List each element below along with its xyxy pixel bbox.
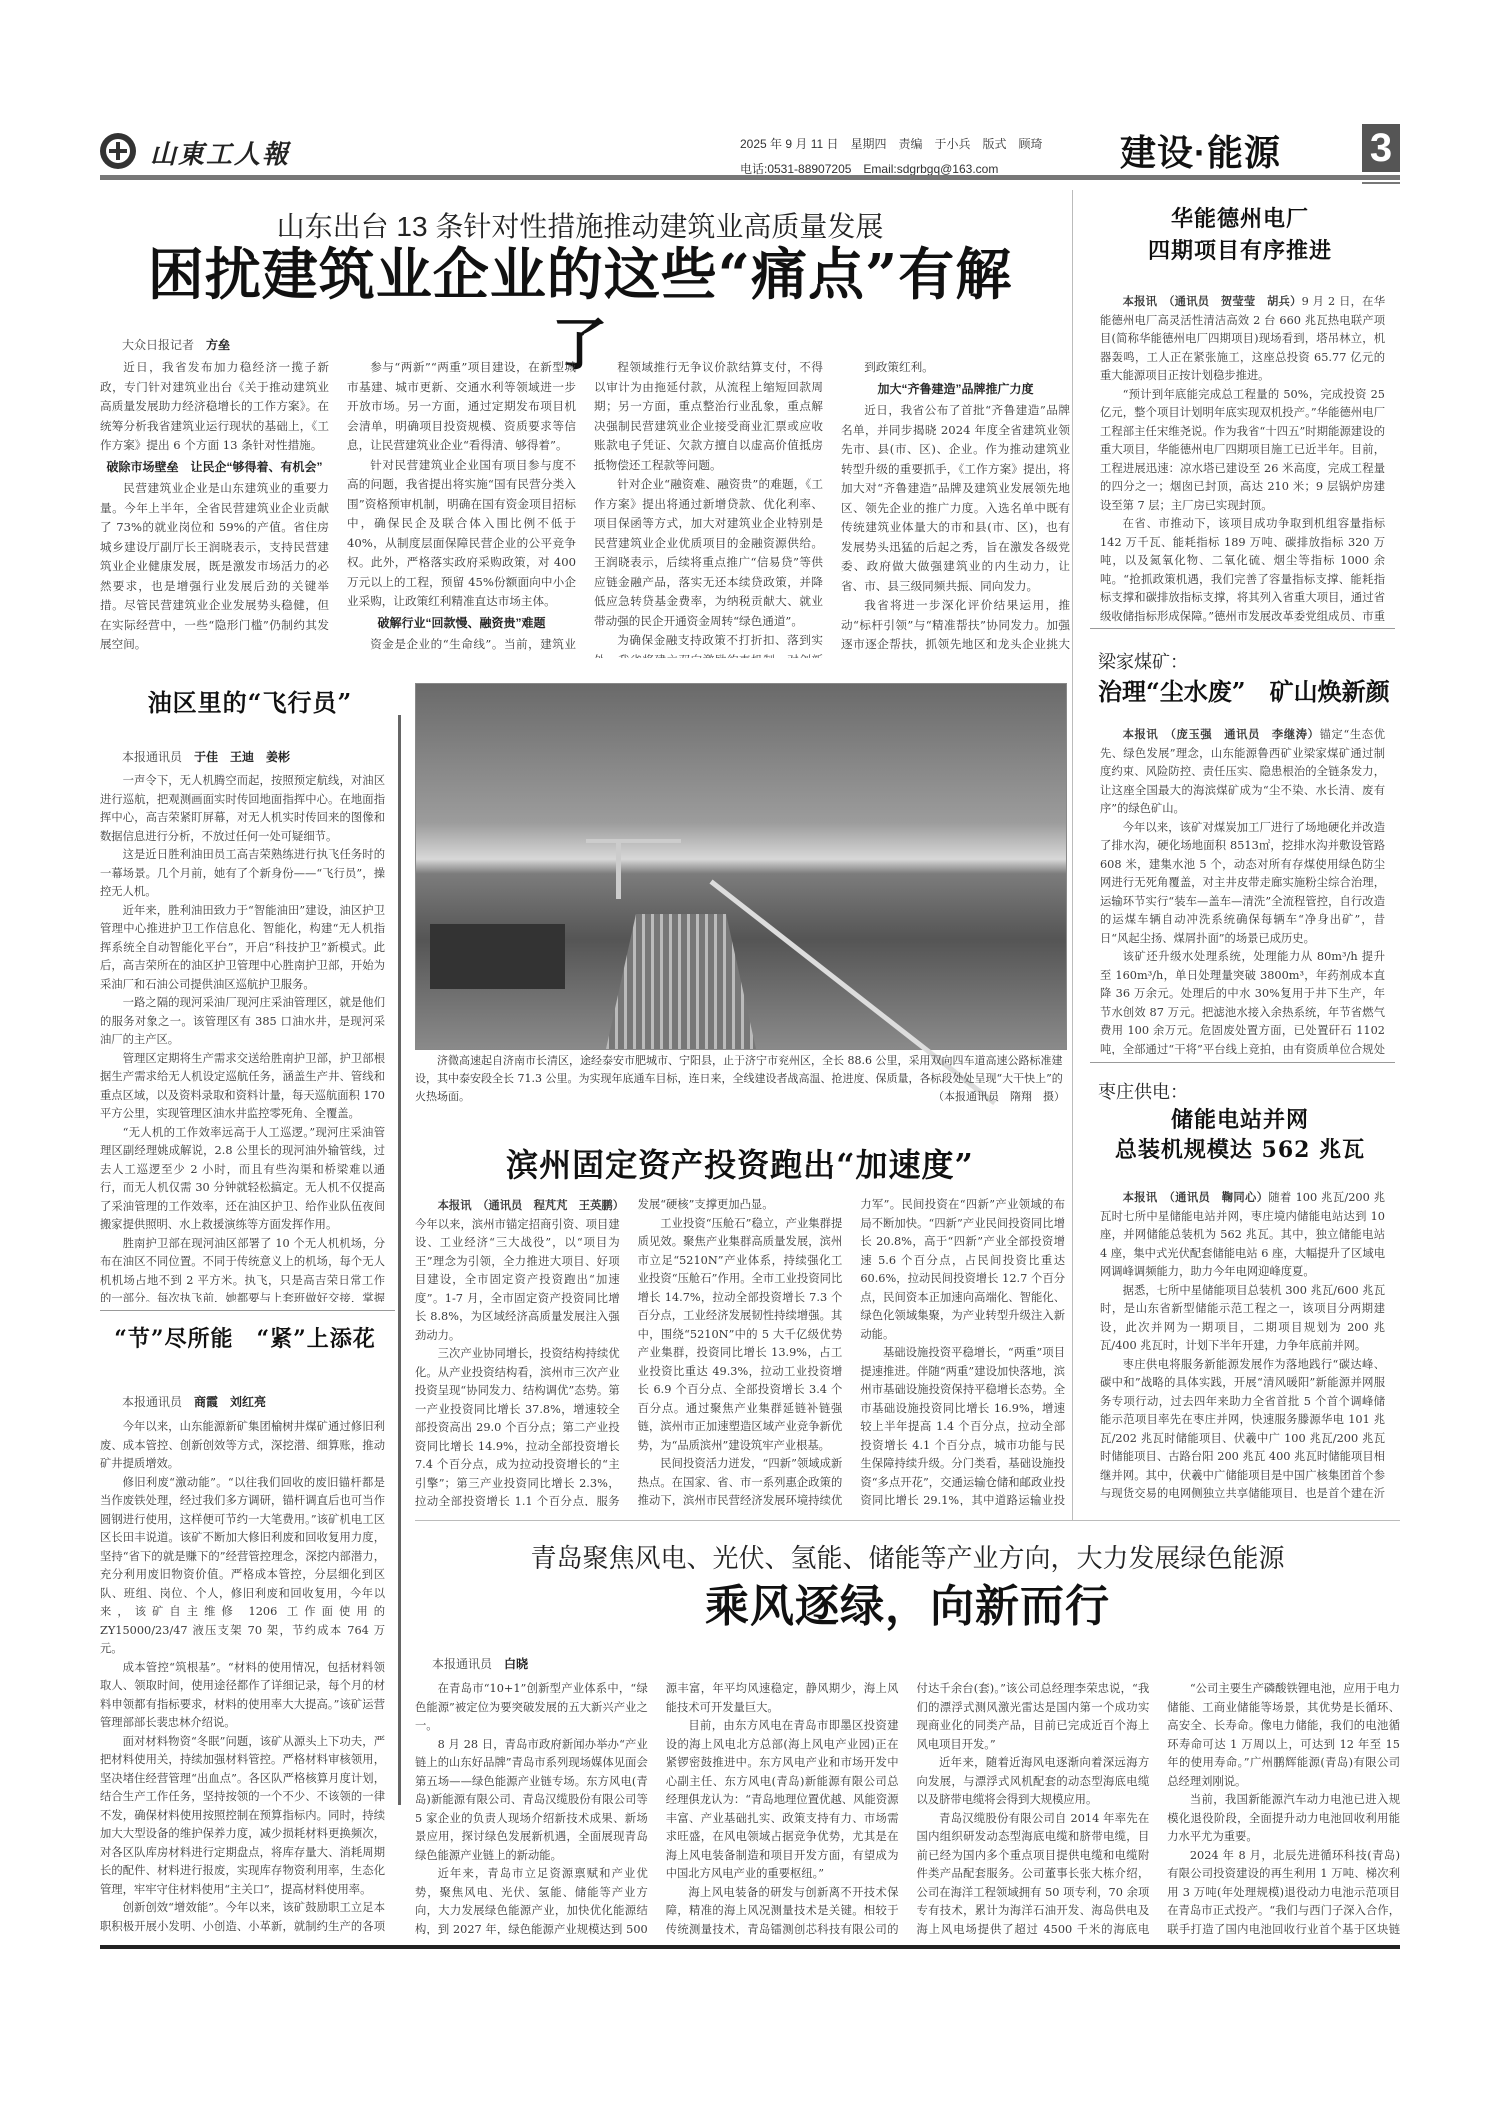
right-divider-1 xyxy=(1090,628,1395,629)
huaneng-byline: 本报讯 （通讯员 贺莹莹 胡兵） xyxy=(1123,294,1302,308)
qingdao-headline: 乘风逐绿，向新而行 xyxy=(415,1578,1400,1636)
binzhou-byline: 本报讯 （通讯员 程芃芃 王英鹏） xyxy=(438,1198,624,1212)
zaozhuang-byline: 本报讯 （通讯员 鞠同心） xyxy=(1123,1190,1269,1204)
page-bottom-rule xyxy=(100,1945,1400,1949)
newspaper-name: 山東工人報 xyxy=(150,134,290,171)
newspaper-emblem-icon xyxy=(100,133,136,169)
binzhou-col-3: 力军”。民间投资在“四新”产业领域的布局不断加快。“四新”产业民间投资同比增长 … xyxy=(860,1196,1065,1506)
right-divider-2 xyxy=(1090,1062,1395,1063)
page-number-rule xyxy=(1362,182,1400,184)
issue-info: 2025 年 9 月 11 日 星期四 责编 于小兵 版式 顾琦 xyxy=(740,135,1043,152)
lead-byline: 大众日报记者 方垒 xyxy=(122,336,230,353)
zaozhuang-headline: 储能电站并网 总装机规模达 562 兆瓦 xyxy=(1090,1105,1390,1165)
qingdao-kicker: 青岛聚焦风电、光伏、氢能、储能等产业方向，大力发展绿色能源 xyxy=(415,1538,1400,1575)
oilfield-body: 一声令下，无人机腾空而起，按照预定航线，对油区进行巡航，把观测画面实时传回地面指… xyxy=(100,772,385,1302)
lead-col-3: 程领域推行无争议价款结算支付，不得以审计为由拖延付款，从流程上缩短回款周期；另一… xyxy=(594,358,823,658)
binzhou-col-1: 本报讯 （通讯员 程芃芃 王英鹏）今年以来，滨州市锚定招商引资、项目建设、工业经… xyxy=(415,1196,620,1506)
qingdao-col-1: 在青岛市“10+1”创新型产业体系中，“绿色能源”被定位为要突破发展的五大新兴产… xyxy=(415,1680,648,1935)
lead-body: 近日，我省发布加力稳经济一揽子新政，专门针对建筑业出台《关于推动建筑业高质量发展… xyxy=(100,358,1070,658)
binzhou-col-2: 发展“硬核”支撑更加凸显。 工业投资“压舱石”稳立，产业集群提质见效。聚焦产业集… xyxy=(638,1196,843,1506)
mine-headline: “节”尽所能 “紧”上添花 xyxy=(100,1322,390,1353)
lead-col-2: 参与“两新”“两重”项目建设，在新型城市基建、城市更新、交通水利等领域进一步开放… xyxy=(347,358,576,658)
qingdao-col-4: “公司主要生产磷酸铁锂电池，应用于电力储能、工商业储能等场景，其优势是长循环、高… xyxy=(1167,1680,1400,1935)
qingdao-top-rule xyxy=(415,1520,1400,1521)
column-divider xyxy=(1072,190,1073,1520)
photo-caption: 济微高速起自济南市长清区，途经泰安市肥城市、宁阳县，止于济宁市兖州区，全长 88… xyxy=(415,1052,1065,1106)
zaozhuang-kicker: 枣庄供电： xyxy=(1098,1078,1188,1104)
lead-subhead-1: 破除市场壁垒 让民企“够得着、有机会” xyxy=(100,458,329,478)
qingdao-col-2: 源丰富，年平均风速稳定，静风期少，海上风能技术可开发量巨大。 目前，由东方风电在… xyxy=(666,1680,899,1935)
liangjia-kicker: 梁家煤矿： xyxy=(1098,648,1188,674)
binzhou-body: 本报讯 （通讯员 程芃芃 王英鹏）今年以来，滨州市锚定招商引资、项目建设、工业经… xyxy=(415,1196,1065,1506)
left-column-divider xyxy=(398,715,401,1805)
left-divider xyxy=(100,1310,395,1311)
lead-subhead-2: 破解行业“回款慢、融资贵”难题 xyxy=(347,614,576,634)
binzhou-headline: 滨州固定资产投资跑出“加速度” xyxy=(415,1140,1065,1186)
crane-tower-shape xyxy=(616,839,621,899)
mine-byline: 本报通讯员 商霞 刘红亮 xyxy=(122,1393,266,1410)
huaneng-headline: 华能德州电厂 四期项目有序推进 xyxy=(1090,203,1390,267)
huaneng-body: 本报讯 （通讯员 贺莹莹 胡兵）9 月 2 日，在华能德州电厂高灵活性清洁高效 … xyxy=(1100,292,1385,622)
oilfield-byline: 本报通讯员 于佳 王迪 姜彬 xyxy=(122,748,290,765)
bridge-pier-scaffold xyxy=(606,914,756,1049)
liangjia-headline: 治理“尘水废” 矿山焕新颜 xyxy=(1098,672,1390,707)
mine-body: 今年以来，山东能源新矿集团榆树井煤矿通过修旧利废、成本管控、创新创效等方式，深挖… xyxy=(100,1418,385,1933)
lead-kicker: 山东出台 13 条针对性措施推动建筑业高质量发展 xyxy=(270,205,890,245)
page-number: 3 xyxy=(1362,124,1400,172)
qingdao-byline: 本报通讯员 白晓 xyxy=(432,1655,528,1672)
section-title: 建设·能源 xyxy=(1120,125,1281,176)
masthead-rule xyxy=(100,175,1400,180)
lead-col-4: 到政策红利。 加大“齐鲁建造”品牌推广力度 近日，我省公布了首批“齐鲁建造”品牌… xyxy=(841,358,1070,658)
photo-credit: （本报通讯员 隋翔 摄） xyxy=(933,1088,1065,1106)
warehouse-shape xyxy=(430,924,565,989)
liangjia-body: 本报讯 （庞玉强 通讯员 李继涛）锚定“生态优先、绿色发展”理念，山东能源鲁西矿… xyxy=(1100,725,1385,1055)
lead-subhead-3: 加大“齐鲁建造”品牌推广力度 xyxy=(841,380,1070,400)
crane-shape xyxy=(586,839,681,843)
construction-photo xyxy=(415,683,1067,1050)
lead-col-1: 近日，我省发布加力稳经济一揽子新政，专门针对建筑业出台《关于推动建筑业高质量发展… xyxy=(100,358,329,658)
qingdao-body: 在青岛市“10+1”创新型产业体系中，“绿色能源”被定位为要突破发展的五大新兴产… xyxy=(415,1680,1400,1935)
zaozhuang-body: 本报讯 （通讯员 鞠同心）随着 100 兆瓦/200 兆瓦时七所中星储能电站并网… xyxy=(1100,1188,1385,1498)
qingdao-col-3: 付达千余台(套)。”该公司总经理李荣忠说，“我们的漂浮式测风激光雷达是国内第一个… xyxy=(917,1680,1150,1935)
oilfield-headline: 油区里的“飞行员” xyxy=(100,683,400,718)
liangjia-byline: 本报讯 （庞玉强 通讯员 李继涛） xyxy=(1123,727,1320,741)
